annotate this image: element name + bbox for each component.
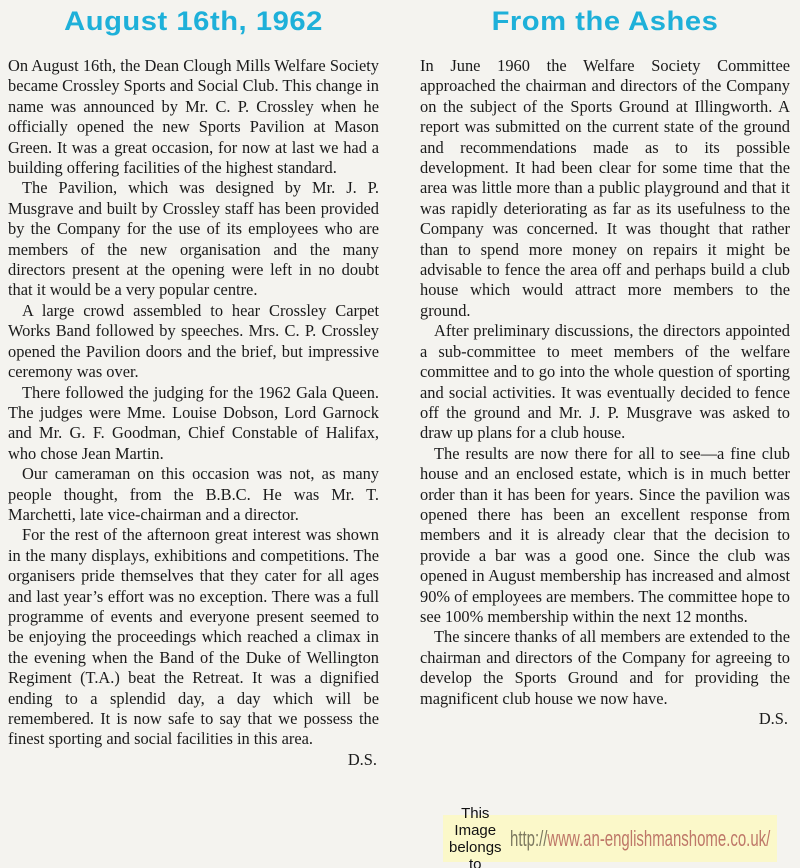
watermark-label: This Image belongs to bbox=[449, 805, 502, 868]
right-paragraph-1: In June 1960 the Welfare Society Committ… bbox=[420, 56, 790, 321]
watermark-url-protocol: http:// bbox=[510, 826, 547, 851]
copyright-watermark: This Image belongs to http://www.an-engl… bbox=[443, 815, 777, 862]
right-article: From the Ashes In June 1960 the Welfare … bbox=[420, 0, 790, 868]
left-article-signature: D.S. bbox=[8, 750, 379, 770]
right-article-body: In June 1960 the Welfare Society Committ… bbox=[420, 56, 790, 729]
watermark-label-line1: This Image bbox=[449, 805, 502, 839]
left-article: August 16th, 1962 On August 16th, the De… bbox=[8, 0, 379, 868]
right-paragraph-4: The sincere thanks of all members are ex… bbox=[420, 627, 790, 709]
left-paragraph-4: There followed the judging for the 1962 … bbox=[8, 383, 379, 465]
right-paragraph-2: After preliminary discussions, the direc… bbox=[420, 321, 790, 443]
watermark-label-line2: belongs to bbox=[449, 839, 502, 868]
right-article-title: From the Ashes bbox=[405, 6, 800, 37]
left-paragraph-1: On August 16th, the Dean Clough Mills We… bbox=[8, 56, 379, 178]
right-paragraph-3: The results are now there for all to see… bbox=[420, 444, 790, 628]
left-article-body: On August 16th, the Dean Clough Mills We… bbox=[8, 56, 379, 770]
left-paragraph-5: Our cameraman on this occasion was not, … bbox=[8, 464, 379, 525]
watermark-url: http://www.an-englishmanshome.co.uk/ bbox=[510, 826, 770, 852]
right-article-signature: D.S. bbox=[420, 709, 790, 729]
left-article-title: August 16th, 1962 bbox=[0, 6, 394, 37]
left-paragraph-6: For the rest of the afternoon great inte… bbox=[8, 525, 379, 749]
left-paragraph-3: A large crowd assembled to hear Crossley… bbox=[8, 301, 379, 383]
watermark-url-host: www.an-englishmanshome.co.uk/ bbox=[547, 826, 770, 851]
left-paragraph-2: The Pavilion, which was designed by Mr. … bbox=[8, 178, 379, 300]
